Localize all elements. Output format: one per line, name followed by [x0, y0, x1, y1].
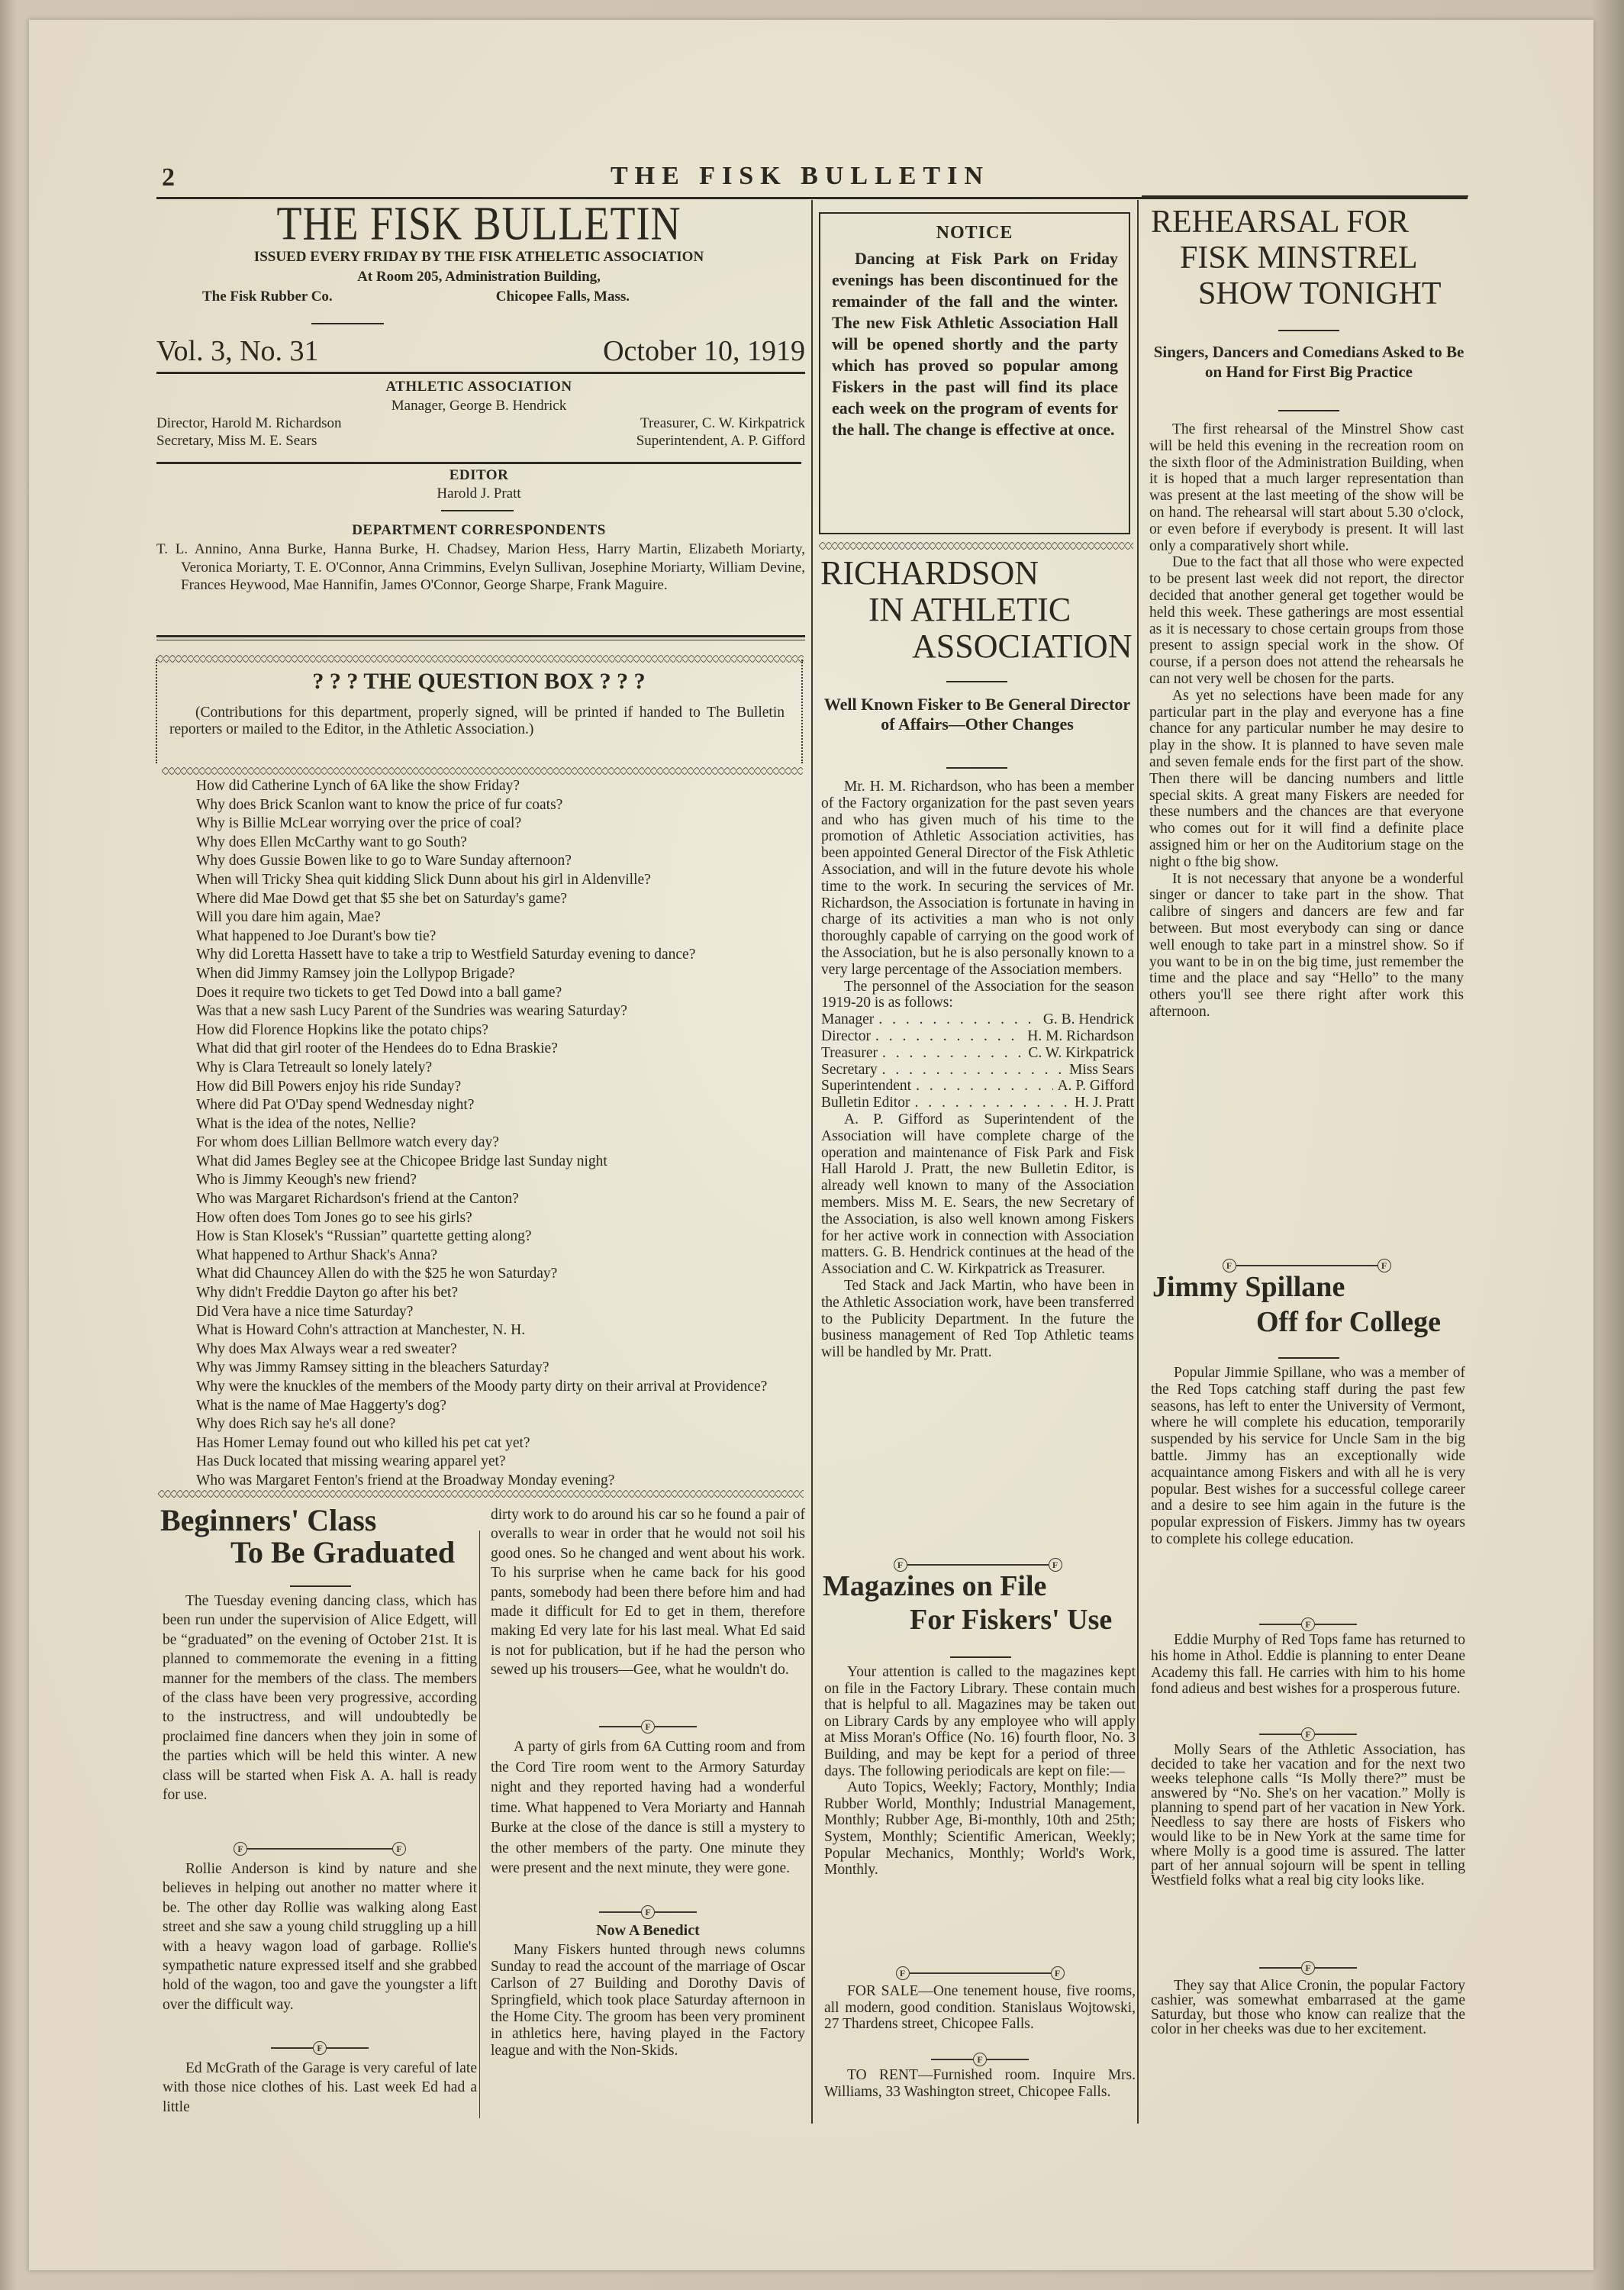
question-item: When did Jimmy Ramsey join the Lollypop … [156, 965, 804, 984]
question-item: Why does Max Always wear a red sweater? [156, 1340, 804, 1359]
question-box-border-top [156, 655, 804, 663]
issued-line: ISSUED EVERY FRIDAY BY THE FISK ATHELETI… [153, 249, 805, 266]
staff-secretary: Secretary, Miss M. E. Sears [156, 432, 317, 450]
question-item: What did Chauncey Allen do with the $25 … [156, 1265, 804, 1284]
headline-rule [946, 767, 1007, 769]
fisk-emblem-icon: F [1377, 1259, 1391, 1272]
for-sale-ad: FOR SALE—One tenement house, five rooms,… [824, 1983, 1136, 2033]
benedict-article: Many Fiskers hunted through news columns… [491, 1942, 805, 2059]
question-item: Did Vera have a nice time Saturday? [156, 1303, 804, 1322]
personnel-role: Treasurer [821, 1045, 878, 1062]
fisk-emblem-icon: F [234, 1842, 247, 1856]
staff-bottom-rule-thin [156, 640, 805, 640]
molly-article: Molly Sears of the Athletic Association,… [1151, 1743, 1465, 1888]
dot-leader: . . . . . . . . . . . . . . . . . . . . … [875, 1028, 1023, 1045]
spillane-headline-2: Off for College [1256, 1305, 1441, 1339]
rollie-body: Rollie Anderson is kind by nature and sh… [163, 1859, 477, 2014]
question-item: Will you dare him again, Mae? [156, 908, 804, 927]
column-top-rule [1142, 195, 1468, 197]
personnel-row: Secretary. . . . . . . . . . . . . . . .… [821, 1062, 1134, 1079]
minstrel-subhead: Singers, Dancers and Comedians Asked to … [1149, 342, 1469, 382]
magazines-para-1: Your attention is called to the magazine… [824, 1664, 1136, 1779]
question-item: How did Bill Powers enjoy his ride Sunda… [156, 1078, 804, 1097]
mcgrath-body-start: Ed McGrath of the Garage is very careful… [163, 2059, 477, 2117]
question-item: How often does Tom Jones go to see his g… [156, 1209, 804, 1228]
minstrel-para-2: Due to the fact that all those who were … [1149, 554, 1464, 687]
question-item: Why were the knuckles of the members of … [156, 1378, 804, 1397]
staff-superintendent: Superintendent, A. P. Gifford [534, 432, 805, 450]
personnel-role: Secretary [821, 1062, 878, 1079]
personnel-name: H. J. Pratt [1075, 1095, 1134, 1111]
cronin-body: They say that Alice Cronin, the popular … [1151, 1979, 1465, 2037]
issue-date: October 10, 1919 [576, 334, 805, 368]
separator: F [491, 1905, 805, 1920]
staff-treasurer: Treasurer, C. W. Kirkpatrick [534, 414, 805, 433]
notice-body: Dancing at Fisk Park on Friday evenings … [832, 248, 1118, 440]
question-list-bottom-border [158, 1490, 804, 1498]
spillane-body: Popular Jimmie Spillane, who was a membe… [1151, 1365, 1465, 1548]
separator: F [491, 1719, 805, 1734]
question-item: What is the idea of the notes, Nellie? [156, 1115, 804, 1134]
question-item: Why did Loretta Hassett have to take a t… [156, 946, 804, 965]
richardson-para-3: A. P. Gifford as Superintendent of the A… [821, 1111, 1134, 1278]
armory-body: A party of girls from 6A Cutting room an… [491, 1737, 805, 1879]
editor-heading: EDITOR [153, 467, 805, 484]
question-item: Has Duck located that missing wearing ap… [156, 1453, 804, 1472]
headline-rule [1278, 330, 1339, 331]
question-item: How did Catherine Lynch of 6A like the s… [156, 777, 804, 796]
question-box-intro: (Contributions for this department, prop… [169, 705, 785, 738]
personnel-role: Manager [821, 1011, 874, 1028]
richardson-headline-3: ASSOCIATION [912, 629, 1132, 664]
fisk-emblem-icon: F [1301, 1961, 1315, 1975]
question-item: What did James Begley see at the Chicope… [156, 1153, 804, 1172]
correspondents-list: T. L. Annino, Anna Burke, Hanna Burke, H… [156, 540, 805, 595]
question-item: Why does Rich say he's all done? [156, 1415, 804, 1434]
question-item: How is Stan Klosek's “Russian” quartette… [156, 1227, 804, 1247]
headline-rule [946, 681, 1007, 682]
mcgrath-body-cont: dirty work to do around his car so he fo… [491, 1505, 805, 1680]
headline-rule [1278, 410, 1339, 411]
for-sale-text: FOR SALE—One tenement house, five rooms,… [824, 1983, 1136, 2033]
dot-leader: . . . . . . . . . . . . . . . . . . . . … [882, 1045, 1023, 1062]
personnel-row: Manager. . . . . . . . . . . . . . . . .… [821, 1011, 1134, 1028]
molly-body: Molly Sears of the Athletic Association,… [1151, 1743, 1465, 1888]
column-divider [479, 1530, 480, 2118]
question-item: Why is Clara Tetreault so lonely lately? [156, 1059, 804, 1078]
staff-bottom-rule [156, 635, 805, 637]
fisk-emblem-icon: F [1301, 1727, 1315, 1741]
personnel-name: Miss Sears [1069, 1062, 1134, 1079]
mcgrath-article: Ed McGrath of the Garage is very careful… [163, 2059, 477, 2117]
question-item: What happened to Arthur Shack's Anna? [156, 1247, 804, 1266]
question-box-border-bottom [162, 767, 803, 775]
personnel-role: Director [821, 1028, 871, 1045]
richardson-subhead: Well Known Fisker to Be General Director… [823, 695, 1132, 734]
question-item: Where did Pat O'Day spend Wednesday nigh… [156, 1096, 804, 1115]
volume-number: Vol. 3, No. 31 [156, 334, 319, 368]
association-heading: ATHLETIC ASSOCIATION [153, 379, 805, 395]
editor-name: Harold J. Pratt [153, 485, 805, 503]
separator: F [824, 2052, 1136, 2067]
spillane-headline-1: Jimmy Spillane [1152, 1270, 1345, 1304]
question-item: Who was Margaret Fenton's friend at the … [156, 1472, 804, 1491]
personnel-name: H. M. Richardson [1027, 1028, 1134, 1045]
cronin-article: They say that Alice Cronin, the popular … [1151, 1979, 1465, 2037]
minstrel-para-4: It is not necessary that anyone be a won… [1149, 871, 1464, 1021]
question-item: Why does Ellen McCarthy want to go South… [156, 834, 804, 853]
personnel-name: C. W. Kirkpatrick [1028, 1045, 1134, 1062]
question-item: For whom does Lillian Bellmore watch eve… [156, 1134, 804, 1153]
question-item: Why didn't Freddie Dayton go after his b… [156, 1284, 804, 1303]
section-border [819, 542, 1133, 550]
to-rent-text: TO RENT—Furnished room. Inquire Mrs. Wil… [824, 2067, 1136, 2100]
personnel-name: G. B. Hendrick [1043, 1011, 1134, 1028]
separator: F [163, 2040, 477, 2056]
page-number: 2 [162, 163, 175, 192]
minstrel-headline-1: REHEARSAL FOR [1151, 205, 1409, 240]
column-divider [811, 200, 813, 2124]
fisk-emblem-icon: F [641, 1905, 655, 1919]
minstrel-headline-3: SHOW TONIGHT [1198, 276, 1442, 311]
fisk-emblem-icon: F [1051, 1966, 1065, 1980]
question-item: Was that a new sash Lucy Parent of the S… [156, 1002, 804, 1021]
dot-leader: . . . . . . . . . . . . . . . . . . . . … [878, 1011, 1039, 1028]
magazines-article: Your attention is called to the magazine… [824, 1664, 1136, 1879]
fisk-emblem-icon: F [1301, 1618, 1315, 1631]
murphy-article: Eddie Murphy of Red Tops fame has return… [1151, 1632, 1465, 1698]
personnel-name: A. P. Gifford [1058, 1078, 1134, 1095]
armory-article: A party of girls from 6A Cutting room an… [491, 1737, 805, 1879]
separator: F [1151, 1727, 1465, 1742]
richardson-headline-2: IN ATHLETIC [868, 592, 1071, 627]
separator: FF [163, 1841, 477, 1856]
notice-article: Dancing at Fisk Park on Friday evenings … [832, 248, 1118, 440]
question-item: What did that girl rooter of the Hendees… [156, 1040, 804, 1059]
richardson-para-4: Ted Stack and Jack Martin, who have been… [821, 1278, 1134, 1361]
question-item: Where did Mae Dowd get that $5 she bet o… [156, 890, 804, 909]
to-rent-ad: TO RENT—Furnished room. Inquire Mrs. Wil… [824, 2067, 1136, 2100]
question-item: Why does Brick Scanlon want to know the … [156, 796, 804, 815]
question-item: Why does Gussie Bowen like to go to Ware… [156, 852, 804, 871]
masthead-rule [311, 323, 384, 324]
benedict-headline: Now A Benedict [491, 1922, 805, 1940]
richardson-headline-1: RICHARDSON [820, 556, 1039, 591]
question-box-title: ? ? ? THE QUESTION BOX ? ? ? [153, 669, 805, 695]
beginners-body: The Tuesday evening dancing class, which… [163, 1592, 477, 1805]
murphy-body: Eddie Murphy of Red Tops fame has return… [1151, 1632, 1465, 1698]
richardson-para-2: The personnel of the Association for the… [821, 979, 1134, 1012]
question-item: Who is Jimmy Keough's new friend? [156, 1171, 804, 1190]
dot-leader: . . . . . . . . . . . . . . . . . . . . … [914, 1095, 1070, 1111]
separator: F [1151, 1617, 1465, 1632]
personnel-list: Manager. . . . . . . . . . . . . . . . .… [821, 1011, 1134, 1111]
mcgrath-article-continued: dirty work to do around his car so he fo… [491, 1505, 805, 1680]
richardson-article: Mr. H. M. Richardson, who has been a mem… [821, 779, 1134, 1361]
minstrel-para-3: As yet no selections have been made for … [1149, 688, 1464, 871]
staff-rule [156, 462, 801, 464]
headline-rule [1278, 1357, 1339, 1359]
rollie-article: Rollie Anderson is kind by nature and sh… [163, 1859, 477, 2014]
dot-leader: . . . . . . . . . . . . . . . . . . . . … [916, 1078, 1053, 1095]
question-item: Why was Jimmy Ramsey sitting in the blea… [156, 1359, 804, 1378]
personnel-role: Superintendent [821, 1078, 911, 1095]
magazines-headline-2: For Fiskers' Use [910, 1603, 1112, 1637]
masthead-title: THE FISK BULLETIN [153, 196, 805, 250]
personnel-row: Director. . . . . . . . . . . . . . . . … [821, 1028, 1134, 1045]
fisk-emblem-icon: F [896, 1966, 910, 1980]
headline-rule [950, 1656, 1011, 1658]
question-item: When will Tricky Shea quit kidding Slick… [156, 871, 804, 890]
personnel-role: Bulletin Editor [821, 1095, 910, 1111]
beginners-headline-1: Beginners' Class [160, 1502, 376, 1538]
personnel-row: Bulletin Editor. . . . . . . . . . . . .… [821, 1095, 1134, 1111]
question-item: How did Florence Hopkins like the potato… [156, 1021, 804, 1040]
question-item: What is Howard Cohn's attraction at Manc… [156, 1321, 804, 1340]
staff-manager: Manager, George B. Hendrick [153, 397, 805, 415]
minstrel-headline-2: FISK MINSTREL [1180, 240, 1418, 276]
separator: FF [824, 1966, 1136, 1981]
fisk-emblem-icon: F [973, 2053, 987, 2066]
fisk-emblem-icon: F [313, 2041, 327, 2055]
headline-rule [290, 1585, 351, 1587]
question-item: Who was Margaret Richardson's friend at … [156, 1190, 804, 1209]
fisk-emblem-icon: F [641, 1720, 655, 1734]
fisk-emblem-icon: F [1049, 1558, 1062, 1572]
beginners-headline-2: To Be Graduated [230, 1534, 455, 1570]
running-head: THE FISK BULLETIN [611, 162, 990, 191]
personnel-row: Superintendent. . . . . . . . . . . . . … [821, 1078, 1134, 1095]
question-item: Why is Billie McLear worrying over the p… [156, 814, 804, 834]
staff-director: Director, Harold M. Richardson [156, 414, 341, 433]
dot-leader: . . . . . . . . . . . . . . . . . . . . … [882, 1062, 1065, 1079]
company-name: The Fisk Rubber Co. [202, 289, 333, 305]
personnel-row: Treasurer. . . . . . . . . . . . . . . .… [821, 1045, 1134, 1062]
question-item: Does it require two tickets to get Ted D… [156, 984, 804, 1003]
beginners-article: The Tuesday evening dancing class, which… [163, 1592, 477, 1805]
question-item: Has Homer Lemay found out who killed his… [156, 1434, 804, 1453]
editor-rule [441, 510, 514, 511]
spillane-article: Popular Jimmie Spillane, who was a membe… [1151, 1365, 1465, 1548]
question-item: What happened to Joe Durant's bow tie? [156, 927, 804, 947]
magazines-headline-1: Magazines on File [823, 1569, 1046, 1603]
magazines-para-2: Auto Topics, Weekly; Factory, Monthly; I… [824, 1779, 1136, 1879]
richardson-para-1: Mr. H. M. Richardson, who has been a mem… [821, 779, 1134, 979]
column-divider [1137, 200, 1139, 2124]
fisk-emblem-icon: F [392, 1842, 406, 1856]
question-list: How did Catherine Lynch of 6A like the s… [156, 777, 804, 1491]
correspondents-heading: DEPARTMENT CORRESPONDENTS [153, 522, 805, 539]
separator: F [1151, 1960, 1465, 1976]
masthead-bottom-rule [156, 372, 805, 374]
notice-heading: NOTICE [819, 223, 1130, 244]
minstrel-para-1: The first rehearsal of the Minstrel Show… [1149, 421, 1464, 554]
question-item: What is the name of Mae Haggerty's dog? [156, 1397, 804, 1416]
minstrel-article: The first rehearsal of the Minstrel Show… [1149, 421, 1464, 1021]
benedict-body: Many Fiskers hunted through news columns… [491, 1942, 805, 2059]
address-line: At Room 205, Administration Building, [153, 269, 805, 285]
location: Chicopee Falls, Mass. [378, 289, 630, 305]
